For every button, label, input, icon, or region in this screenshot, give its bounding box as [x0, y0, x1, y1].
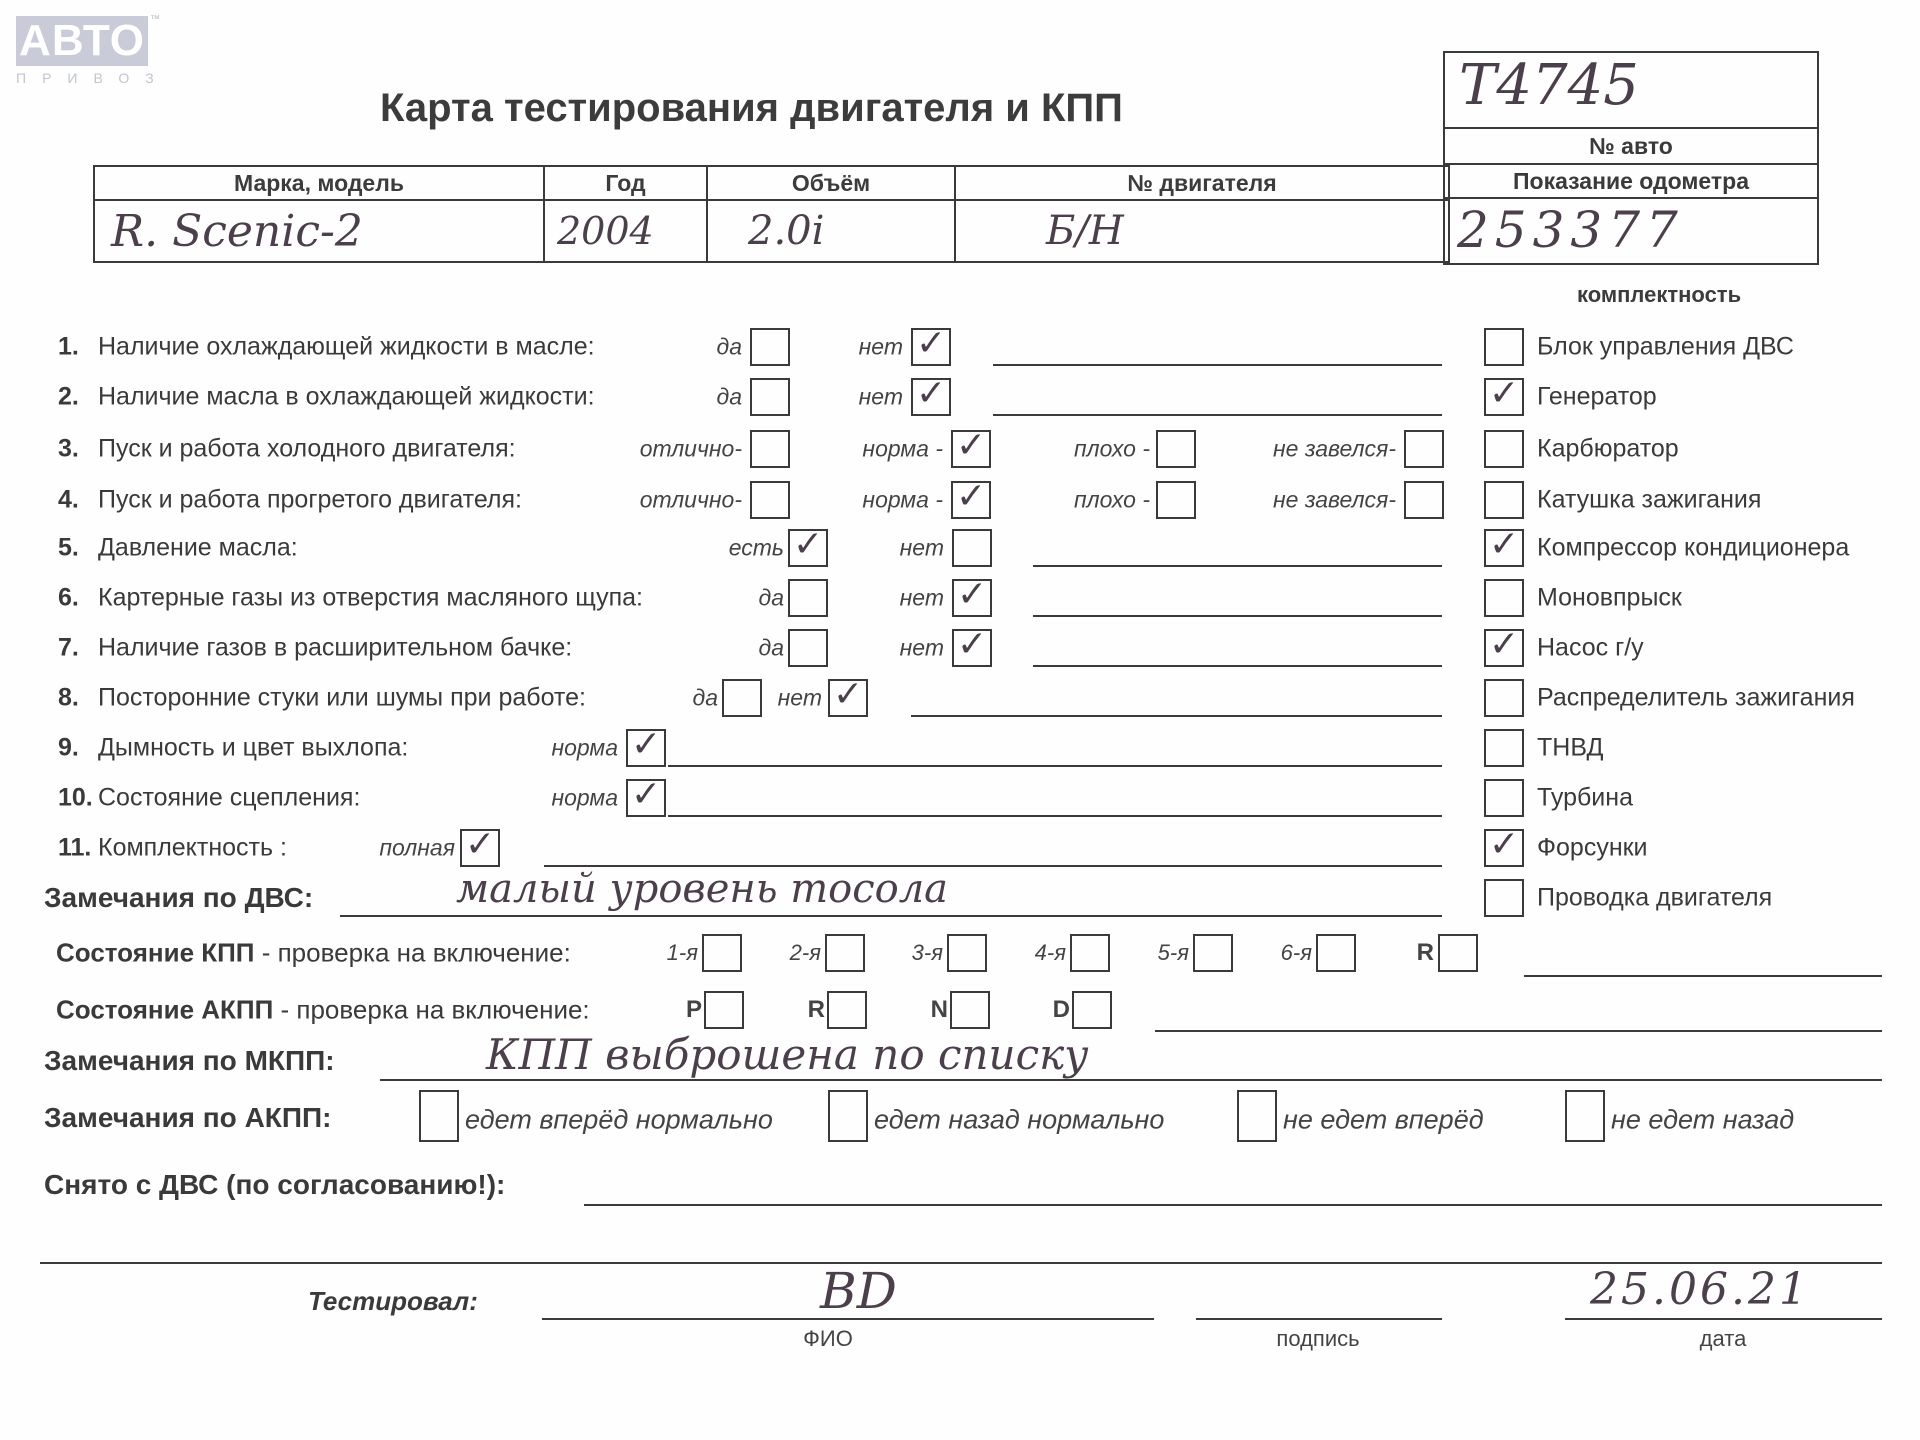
remarks-dvs-line: [340, 915, 1442, 917]
option-label: нет: [900, 635, 944, 662]
checkmark-icon: ✓: [1489, 825, 1519, 865]
remarks-mkpp-value[interactable]: КПП выброшена по списку: [486, 1030, 1089, 1079]
komplektnost-checkbox[interactable]: ✓: [1484, 629, 1524, 667]
gear-checkbox[interactable]: [702, 934, 742, 972]
akpp-remark-label: едет назад нормально: [874, 1105, 1164, 1136]
question-number: 9.: [58, 734, 98, 763]
question-number: 10.: [58, 784, 98, 813]
komplektnost-item: Моновпрыск: [1537, 584, 1682, 613]
option-checkbox[interactable]: [750, 328, 790, 366]
checklist-question: 8.Посторонние стуки или шумы при работе:: [58, 684, 586, 713]
remarks-mkpp-label: Замечания по МКПП:: [44, 1045, 335, 1077]
gear-label: 6-я: [1281, 940, 1312, 966]
option-label: да: [758, 635, 784, 662]
option-label: не завелся-: [1273, 436, 1396, 463]
notes-line: [668, 815, 1442, 817]
komplektnost-checkbox[interactable]: ✓: [1484, 529, 1524, 567]
question-label: Состояние сцепления:: [98, 784, 360, 812]
option-checkbox[interactable]: ✓: [911, 328, 951, 366]
question-number: 8.: [58, 684, 98, 713]
komplektnost-checkbox[interactable]: [1484, 328, 1524, 366]
gear-label: D: [1053, 996, 1070, 1024]
komplektnost-item: Карбюратор: [1537, 435, 1679, 464]
option-checkbox[interactable]: [788, 629, 828, 667]
akpp-remark-label: едет вперёд нормально: [465, 1105, 773, 1136]
option-label: отлично-: [640, 436, 742, 463]
akpp-remark-checkbox[interactable]: [1565, 1090, 1605, 1142]
removed-line: [584, 1204, 1882, 1206]
date-value[interactable]: 25.06.21: [1590, 1264, 1810, 1315]
engine-number-value: Б/Н: [955, 200, 1449, 262]
odometer-value: 253377: [1457, 201, 1684, 259]
akpp-remark-checkbox[interactable]: [419, 1090, 459, 1142]
option-checkbox[interactable]: [1404, 430, 1444, 468]
checkmark-icon: ✓: [916, 374, 946, 414]
checklist-question: 2.Наличие масла в охлаждающей жидкости:: [58, 383, 595, 412]
page-title: Карта тестирования двигателя и КПП: [380, 86, 1123, 131]
col-header-year: Год: [544, 166, 707, 200]
komplektnost-checkbox[interactable]: [1484, 679, 1524, 717]
option-checkbox[interactable]: ✓: [626, 729, 666, 767]
option-label: норма: [551, 735, 618, 762]
gear-checkbox[interactable]: [947, 934, 987, 972]
checkmark-icon: ✓: [793, 525, 823, 565]
komplektnost-checkbox[interactable]: [1484, 729, 1524, 767]
checkmark-icon: ✓: [916, 324, 946, 364]
option-checkbox[interactable]: ✓: [626, 779, 666, 817]
option-label: нет: [778, 685, 822, 712]
option-label: нет: [859, 334, 903, 361]
komplektnost-item: Распределитель зажигания: [1537, 684, 1855, 713]
gear-checkbox[interactable]: [704, 991, 744, 1029]
model-value: R. Scenic-2: [94, 200, 544, 262]
question-label: Посторонние стуки или шумы при работе:: [98, 684, 586, 712]
option-checkbox[interactable]: ✓: [952, 629, 992, 667]
komplektnost-item: Генератор: [1537, 383, 1657, 412]
option-checkbox[interactable]: ✓: [952, 579, 992, 617]
remarks-mkpp-line: [380, 1079, 1882, 1081]
notes-line: [993, 364, 1442, 366]
checkmark-icon: ✓: [956, 426, 986, 466]
checkmark-icon: ✓: [957, 575, 987, 615]
option-checkbox[interactable]: [1156, 430, 1196, 468]
option-label: да: [716, 384, 742, 411]
checklist-question: 11.Комплектность :: [58, 834, 287, 863]
komplektnost-checkbox[interactable]: ✓: [1484, 378, 1524, 416]
question-number: 6.: [58, 584, 98, 613]
notes-line: [911, 715, 1442, 717]
komplektnost-checkbox[interactable]: [1484, 779, 1524, 817]
remarks-akpp-label: Замечания по АКПП:: [44, 1102, 331, 1134]
question-label: Давление масла:: [98, 534, 298, 562]
volume-value: 2.0i: [707, 200, 955, 262]
year-value: 2004: [544, 200, 707, 262]
gear-label: 4-я: [1035, 940, 1066, 966]
gear-checkbox[interactable]: [827, 991, 867, 1029]
checklist-question: 7.Наличие газов в расширительном бачке:: [58, 634, 572, 663]
question-label: Наличие газов в расширительном бачке:: [98, 634, 572, 662]
logo-subtitle: ПРИВОЗ: [16, 70, 150, 86]
checklist-question: 5.Давление масла:: [58, 534, 298, 563]
option-checkbox[interactable]: ✓: [911, 378, 951, 416]
question-number: 1.: [58, 333, 98, 362]
option-label: есть: [729, 535, 784, 562]
signature-line: [1196, 1318, 1442, 1320]
checklist-question: 9.Дымность и цвет выхлопа:: [58, 734, 408, 763]
akpp-line: [1155, 1030, 1882, 1032]
checklist-question: 10.Состояние сцепления:: [58, 784, 360, 813]
option-checkbox[interactable]: [722, 679, 762, 717]
question-label: Дымность и цвет выхлопа:: [98, 734, 408, 762]
option-checkbox[interactable]: ✓: [788, 529, 828, 567]
auto-number-value: T4745: [1459, 53, 1639, 118]
col-header-model: Марка, модель: [94, 166, 544, 200]
gear-checkbox[interactable]: [1438, 934, 1478, 972]
question-number: 7.: [58, 634, 98, 663]
gear-label: 5-я: [1158, 940, 1189, 966]
komplektnost-checkbox[interactable]: [1484, 879, 1524, 917]
option-label: норма -: [862, 487, 943, 514]
col-header-engine-number: № двигателя: [955, 166, 1449, 200]
option-checkbox[interactable]: [750, 430, 790, 468]
gear-label: P: [686, 996, 702, 1024]
checkmark-icon: ✓: [631, 725, 661, 765]
komplektnost-title: комплектность: [1577, 282, 1741, 308]
question-number: 3.: [58, 435, 98, 464]
option-label: нет: [900, 585, 944, 612]
col-header-volume: Объём: [707, 166, 955, 200]
option-label: норма: [551, 785, 618, 812]
checkmark-icon: ✓: [956, 477, 986, 517]
notes-line: [1033, 615, 1442, 617]
akpp-remark-checkbox[interactable]: [828, 1090, 868, 1142]
option-checkbox[interactable]: [1156, 481, 1196, 519]
remarks-dvs-value[interactable]: малый уровень тосола: [456, 866, 948, 912]
notes-line: [993, 414, 1442, 416]
gear-label: R: [1417, 939, 1434, 967]
checkmark-icon: ✓: [465, 825, 495, 865]
checkmark-icon: ✓: [1489, 625, 1519, 665]
question-number: 5.: [58, 534, 98, 563]
komplektnost-item: Насос г/у: [1537, 634, 1644, 663]
signature-label: подпись: [1276, 1326, 1359, 1352]
option-label: норма -: [862, 436, 943, 463]
vehicle-info-table: Марка, модель Год Объём № двигателя R. S…: [93, 165, 1450, 263]
option-label: нет: [900, 535, 944, 562]
date-line: [1565, 1318, 1882, 1320]
option-label: да: [716, 334, 742, 361]
akpp-remark-checkbox[interactable]: [1237, 1090, 1277, 1142]
question-number: 2.: [58, 383, 98, 412]
gear-label: 3-я: [912, 940, 943, 966]
option-label: отлично-: [640, 487, 742, 514]
checkmark-icon: ✓: [957, 625, 987, 665]
option-label: да: [758, 585, 784, 612]
kpp-label: Состояние КПП - проверка на включение:: [56, 938, 571, 969]
question-label: Наличие масла в охлаждающей жидкости:: [98, 383, 595, 411]
option-checkbox[interactable]: [788, 579, 828, 617]
option-label: полная: [379, 835, 455, 862]
option-checkbox[interactable]: [952, 529, 992, 567]
gear-label: N: [931, 996, 948, 1024]
komplektnost-checkbox[interactable]: ✓: [1484, 829, 1524, 867]
gear-checkbox[interactable]: [1072, 991, 1112, 1029]
notes-line: [1033, 665, 1442, 667]
checklist-question: 4.Пуск и работа прогретого двигателя:: [58, 486, 522, 515]
avtoprivoz-logo: АВТО: [16, 16, 148, 66]
remarks-dvs-label: Замечания по ДВС:: [44, 882, 313, 914]
option-label: не завелся-: [1273, 487, 1396, 514]
komplektnost-checkbox[interactable]: [1484, 579, 1524, 617]
fio-value[interactable]: BD: [820, 1262, 897, 1320]
question-label: Пуск и работа холодного двигателя:: [98, 435, 516, 463]
komplektnost-checkbox[interactable]: [1484, 430, 1524, 468]
gear-label: 2-я: [790, 940, 821, 966]
komplektnost-item: Турбина: [1537, 784, 1633, 813]
date-label: дата: [1700, 1326, 1747, 1352]
option-checkbox[interactable]: [1404, 481, 1444, 519]
gear-checkbox[interactable]: [1193, 934, 1233, 972]
gear-checkbox[interactable]: [1316, 934, 1356, 972]
option-checkbox[interactable]: [750, 481, 790, 519]
komplektnost-item: ТНВД: [1537, 734, 1603, 763]
option-checkbox[interactable]: ✓: [951, 430, 991, 468]
gear-label: R: [808, 996, 825, 1024]
question-label: Комплектность :: [98, 834, 287, 862]
akpp-label: Состояние АКПП - проверка на включение:: [56, 995, 590, 1026]
option-checkbox[interactable]: [750, 378, 790, 416]
checklist-question: 3.Пуск и работа холодного двигателя:: [58, 435, 516, 464]
fio-label: ФИО: [803, 1326, 853, 1352]
checkmark-icon: ✓: [1489, 374, 1519, 414]
akpp-remark-label: не едет назад: [1611, 1105, 1794, 1136]
auto-number-box: T4745 № авто Показание одометра 253377: [1443, 51, 1819, 265]
komplektnost-item: Катушка зажигания: [1537, 486, 1761, 515]
option-label: плохо -: [1074, 487, 1150, 514]
question-number: 11.: [58, 834, 98, 863]
option-label: да: [692, 685, 718, 712]
gear-checkbox[interactable]: [1070, 934, 1110, 972]
odometer-label: Показание одометра: [1445, 165, 1817, 199]
question-label: Картерные газы из отверстия масляного щу…: [98, 584, 643, 612]
auto-number-label: № авто: [1445, 129, 1817, 165]
removed-from-engine-label: Снято с ДВС (по согласованию!):: [44, 1169, 505, 1201]
komplektnost-item: Компрессор кондиционера: [1537, 534, 1849, 563]
komplektnost-checkbox[interactable]: [1484, 481, 1524, 519]
question-label: Наличие охлаждающей жидкости в масле:: [98, 333, 595, 361]
tested-by-label: Тестировал:: [308, 1286, 478, 1317]
checklist-question: 6.Картерные газы из отверстия масляного …: [58, 584, 643, 613]
option-checkbox[interactable]: ✓: [951, 481, 991, 519]
notes-line: [668, 765, 1442, 767]
notes-line: [1033, 565, 1442, 567]
komplektnost-item: Проводка двигателя: [1537, 884, 1772, 913]
gear-label: 1-я: [667, 940, 698, 966]
checkmark-icon: ✓: [1489, 525, 1519, 565]
gear-checkbox[interactable]: [950, 991, 990, 1029]
kpp-line: [1524, 975, 1882, 977]
logo-trademark: ™: [150, 14, 160, 25]
option-label: нет: [859, 384, 903, 411]
checkmark-icon: ✓: [833, 675, 863, 715]
akpp-remark-label: не едет вперёд: [1283, 1105, 1484, 1136]
option-checkbox[interactable]: ✓: [460, 829, 500, 867]
gear-checkbox[interactable]: [825, 934, 865, 972]
checklist-question: 1.Наличие охлаждающей жидкости в масле:: [58, 333, 595, 362]
komplektnost-item: Блок управления ДВС: [1537, 333, 1794, 362]
komplektnost-item: Форсунки: [1537, 834, 1648, 863]
option-label: плохо -: [1074, 436, 1150, 463]
checkmark-icon: ✓: [631, 775, 661, 815]
option-checkbox[interactable]: ✓: [828, 679, 868, 717]
question-number: 4.: [58, 486, 98, 515]
question-label: Пуск и работа прогретого двигателя:: [98, 486, 522, 514]
